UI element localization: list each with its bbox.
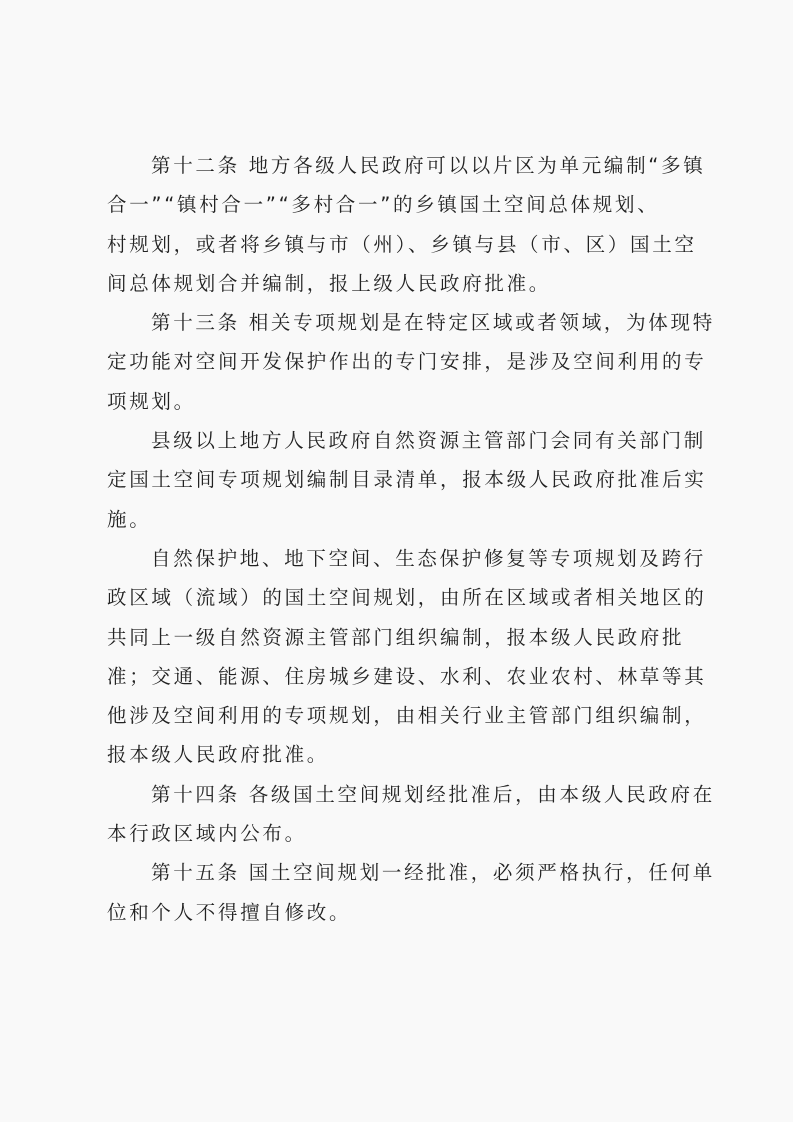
text-line: 第十二条 地方各级人民政府可以以片区为单元编制“多镇 <box>107 146 697 185</box>
paragraph-article-13: 第十三条 相关专项规划是在特定区域或者领域，为体现特 定功能对空间开发保护作出的… <box>107 303 697 421</box>
text-line: 位和个人不得擅自修改。 <box>107 893 697 932</box>
text-line: 定国土空间专项规划编制目录清单，报本级人民政府批准后实 <box>107 460 697 499</box>
document-page: 第十二条 地方各级人民政府可以以片区为单元编制“多镇 合一”“镇村合一”“多村合… <box>107 146 697 932</box>
text-line: 村规划，或者将乡镇与市（州）、乡镇与县（市、区）国土空 <box>107 225 697 264</box>
text-line: 第十五条 国土空间规划一经批准，必须严格执行，任何单 <box>107 853 697 892</box>
text-line: 共同上一级自然资源主管部门组织编制，报本级人民政府批 <box>107 618 697 657</box>
text-line: 第十三条 相关专项规划是在特定区域或者领域，为体现特 <box>107 303 697 342</box>
text-line: 本行政区域内公布。 <box>107 814 697 853</box>
paragraph-article-13-para-3: 自然保护地、地下空间、生态保护修复等专项规划及跨行 政区域（流域）的国土空间规划… <box>107 539 697 775</box>
paragraph-article-12: 第十二条 地方各级人民政府可以以片区为单元编制“多镇 合一”“镇村合一”“多村合… <box>107 146 697 303</box>
text-line: 自然保护地、地下空间、生态保护修复等专项规划及跨行 <box>107 539 697 578</box>
text-line: 间总体规划合并编制，报上级人民政府批准。 <box>107 264 697 303</box>
text-line: 合一”“镇村合一”“多村合一”的乡镇国土空间总体规划、 <box>107 185 697 224</box>
text-line: 施。 <box>107 500 697 539</box>
paragraph-article-14: 第十四条 各级国土空间规划经批准后，由本级人民政府在 本行政区域内公布。 <box>107 775 697 854</box>
paragraph-article-13-para-2: 县级以上地方人民政府自然资源主管部门会同有关部门制 定国土空间专项规划编制目录清… <box>107 421 697 539</box>
text-line: 准；交通、能源、住房城乡建设、水利、农业农村、林草等其 <box>107 657 697 696</box>
text-line: 报本级人民政府批准。 <box>107 735 697 774</box>
text-line: 县级以上地方人民政府自然资源主管部门会同有关部门制 <box>107 421 697 460</box>
text-line: 项规划。 <box>107 382 697 421</box>
text-line: 定功能对空间开发保护作出的专门安排，是涉及空间利用的专 <box>107 342 697 381</box>
text-line: 第十四条 各级国土空间规划经批准后，由本级人民政府在 <box>107 775 697 814</box>
paragraph-article-15: 第十五条 国土空间规划一经批准，必须严格执行，任何单 位和个人不得擅自修改。 <box>107 853 697 932</box>
text-line: 他涉及空间利用的专项规划，由相关行业主管部门组织编制， <box>107 696 697 735</box>
text-line: 政区域（流域）的国土空间规划，由所在区域或者相关地区的 <box>107 578 697 617</box>
